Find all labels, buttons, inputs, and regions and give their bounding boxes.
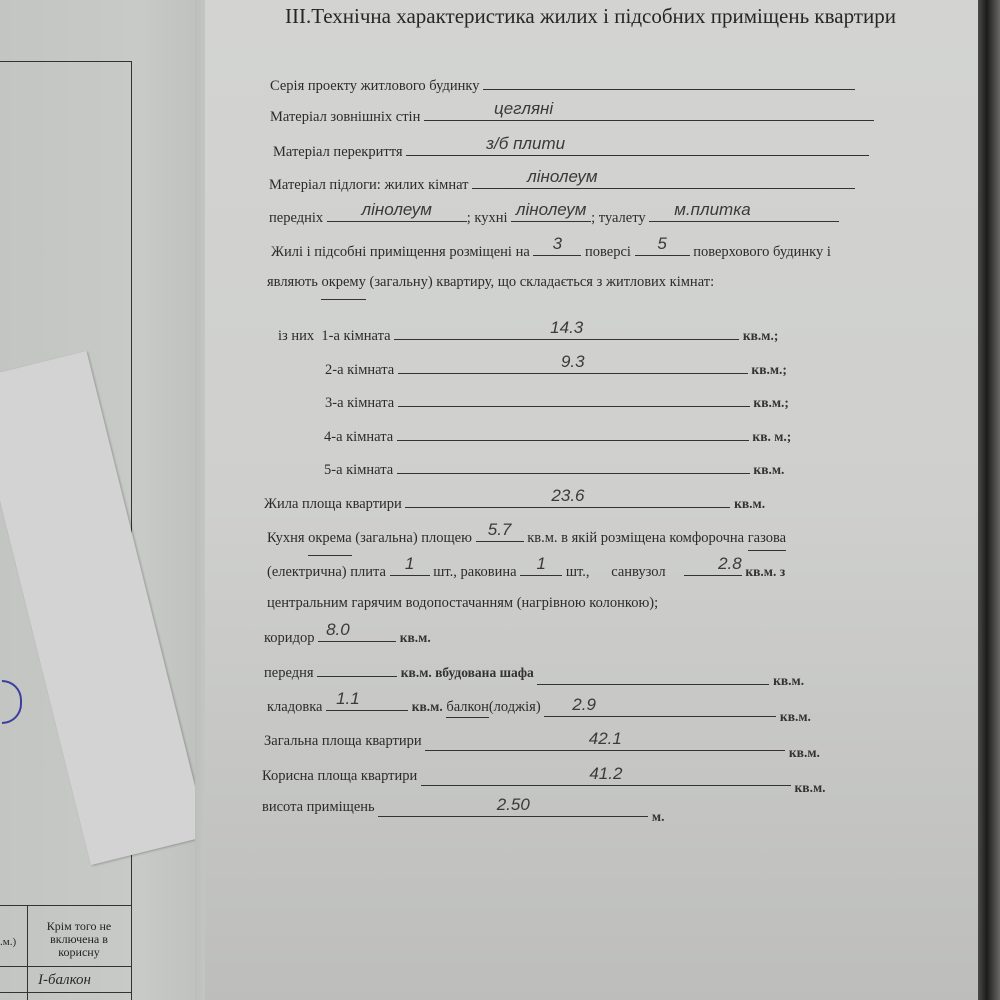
field-value: 8.0 — [326, 620, 396, 640]
floor-kitchen-input[interactable]: лінолеум — [511, 207, 591, 222]
field-value: 42.1 — [425, 729, 785, 749]
field-label: 4-а кімната — [324, 429, 393, 445]
floor-hall-input[interactable]: лінолеум — [327, 207, 467, 222]
field-label: Кухня — [267, 530, 305, 546]
field-value: 1 — [520, 554, 562, 574]
field-hallway-wardrobe: передня кв.м. вбудована шафа кв.м. — [264, 662, 804, 682]
field-label: (загальна) площею — [355, 530, 472, 546]
total-area-input[interactable]: 42.1 — [425, 736, 785, 751]
unit-label: кв.м. — [780, 709, 811, 724]
field-stove-sink: (електрична) плита 1 шт., раковина 1 шт.… — [267, 561, 785, 581]
field-total-area: Загальна площа квартири 42.1 кв.м. — [264, 730, 820, 750]
field-apartment-type: являють окрему (загальну) квартиру, що с… — [267, 274, 714, 300]
field-value: 23.6 — [405, 486, 730, 506]
field-value: 14.3 — [394, 318, 739, 338]
apartment-type-option-selected[interactable]: окрему — [321, 274, 365, 300]
stove-count-input[interactable]: 1 — [390, 561, 430, 576]
room-row-3: 3-а кімната кв.м.; — [325, 392, 789, 412]
field-label: (загальну) квартиру, що складається з жи… — [369, 274, 714, 290]
field-corridor: коридор 8.0 кв.м. — [264, 627, 431, 647]
unit-label: кв.м. — [734, 496, 765, 511]
table-partial-header: .м.) — [0, 936, 16, 948]
building-floors-input[interactable]: 5 — [635, 241, 690, 256]
field-label: шт., — [566, 564, 590, 580]
field-label: Матеріал перекриття — [273, 144, 403, 160]
field-label: ; кухні — [467, 210, 508, 226]
unit-label: м. — [652, 809, 665, 824]
field-living-area: Жила площа квартири 23.6 кв.м. — [264, 493, 765, 513]
room-row-1: із них 1-а кімната 14.3 кв.м.; — [278, 325, 778, 345]
unit-label: кв.м. з — [745, 564, 785, 579]
unit-label: кв.м. — [412, 699, 443, 714]
field-label: поверхового будинку і — [693, 244, 831, 260]
field-value: з/б плити — [486, 134, 869, 154]
field-value: цегляні — [494, 99, 874, 119]
field-label: шт., раковина — [433, 564, 516, 580]
pantry-area-input[interactable]: 1.1 — [326, 696, 408, 711]
field-hot-water: центральним гарячим водопостачанням (наг… — [267, 595, 658, 612]
living-area-input[interactable]: 23.6 — [405, 493, 730, 508]
left-page-table: .м.) Крім того не включена в корисну І-б… — [0, 905, 131, 1000]
wardrobe-area-input[interactable] — [537, 670, 769, 685]
room-row-2: 2-а кімната 9.3 кв.м.; — [325, 359, 787, 379]
field-label: Матеріал підлоги: жилих кімнат — [269, 177, 469, 193]
field-location: Жилі і підсобні приміщення розміщені на … — [271, 241, 831, 261]
field-value: 41.2 — [421, 764, 791, 784]
field-floor-living: Матеріал підлоги: жилих кімнат лінолеум — [269, 174, 855, 194]
field-label: Загальна площа квартири — [264, 733, 422, 749]
field-label: Серія проекту житлового будинку — [270, 78, 479, 94]
unit-label: кв.м. — [789, 745, 820, 760]
unit-label: кв.м. — [753, 462, 784, 477]
field-value: 2.8 — [684, 554, 742, 574]
useful-area-input[interactable]: 41.2 — [421, 771, 791, 786]
room-2-area-input[interactable]: 9.3 — [398, 359, 748, 374]
unit-label: кв.м. — [773, 673, 804, 688]
room-1-area-input[interactable]: 14.3 — [394, 325, 739, 340]
field-value: 9.3 — [398, 352, 748, 372]
sink-count-input[interactable]: 1 — [520, 561, 562, 576]
field-project-series: Серія проекту житлового будинку — [270, 75, 855, 95]
floors-material-input[interactable]: з/б плити — [406, 141, 869, 156]
field-label: 3-а кімната — [325, 395, 394, 411]
stove-type-option-selected[interactable]: газова — [748, 530, 786, 551]
floor-toilet-input[interactable]: м.плитка — [649, 207, 839, 222]
field-label: центральним гарячим водопостачанням (наг… — [267, 595, 658, 611]
kitchen-type-option-selected[interactable]: окрема — [308, 530, 352, 556]
field-useful-area: Корисна площа квартири 41.2 кв.м. — [262, 765, 826, 785]
page-edge-shadow — [978, 0, 1000, 1000]
field-label: Жилі і підсобні приміщення розміщені на — [271, 244, 530, 260]
field-value: 1 — [390, 554, 430, 574]
kitchen-area-input[interactable]: 5.7 — [476, 527, 524, 542]
field-label: коридор — [264, 630, 314, 646]
field-value: 1.1 — [336, 689, 408, 709]
table-column-header: Крім того не включена в корисну — [30, 920, 128, 959]
field-label: кв.м. в якій розміщена комфорочна — [527, 530, 744, 546]
unit-label: кв.м.; — [753, 395, 789, 410]
table-column-divider — [27, 906, 28, 1000]
table-cell-balcony: І-балкон — [38, 972, 91, 989]
field-label: (електрична) плита — [267, 564, 386, 580]
bathroom-area-input[interactable]: 2.8 — [684, 561, 742, 576]
field-label: поверсі — [585, 244, 631, 260]
field-label: 5-а кімната — [324, 462, 393, 478]
unit-label: кв.м. вбудована шафа — [401, 665, 534, 680]
room-5-area-input[interactable] — [397, 459, 750, 474]
field-value: лінолеум — [327, 200, 467, 220]
floor-living-input[interactable]: лінолеум — [472, 174, 855, 189]
field-pantry-balcony: кладовка 1.1 кв.м. балкон(лоджія) 2.9 кв… — [267, 696, 811, 716]
field-value: 5 — [635, 234, 690, 254]
field-label: висота приміщень — [262, 799, 375, 815]
field-value: 2.50 — [378, 795, 648, 815]
table-row-divider — [0, 966, 131, 967]
room-4-area-input[interactable] — [397, 426, 749, 441]
field-label: кладовка — [267, 699, 322, 715]
room-row-5: 5-а кімната кв.м. — [324, 459, 784, 479]
field-label: 2-а кімната — [325, 362, 394, 378]
unit-label: кв.м. — [400, 630, 431, 645]
floor-number-input[interactable]: 3 — [533, 241, 581, 256]
corridor-area-input[interactable]: 8.0 — [318, 627, 396, 642]
balcony-area-input[interactable]: 2.9 — [544, 702, 776, 717]
field-label: являють — [267, 274, 318, 290]
unit-label: кв. м.; — [752, 429, 791, 444]
field-value: м.плитка — [674, 200, 839, 220]
field-kitchen: Кухня окрема (загальна) площею 5.7 кв.м.… — [267, 527, 786, 556]
field-label: із них — [278, 328, 314, 344]
room-row-4: 4-а кімната кв. м.; — [324, 426, 791, 446]
field-label: Корисна площа квартири — [262, 768, 417, 784]
field-value: лінолеум — [527, 167, 855, 187]
field-exterior-walls: Матеріал зовнішніх стін цегляні — [270, 106, 874, 126]
field-label: Матеріал зовнішніх стін — [270, 109, 420, 125]
table-row-divider — [0, 992, 131, 993]
ceiling-height-input[interactable]: 2.50 — [378, 802, 648, 817]
field-floor-rooms: передніх лінолеум; кухні лінолеум; туале… — [269, 207, 839, 227]
field-ceiling-height: висота приміщень 2.50 м. — [262, 796, 664, 816]
hallway-area-input[interactable] — [317, 662, 397, 677]
exterior-walls-input[interactable]: цегляні — [424, 106, 874, 121]
field-label: передня — [264, 665, 314, 681]
field-floors-material: Матеріал перекриття з/б плити — [273, 141, 869, 161]
unit-label: кв.м.; — [751, 362, 787, 377]
field-label: санвузол — [611, 564, 665, 580]
unit-label: кв.м.; — [743, 328, 779, 343]
field-label: (лоджія) — [489, 699, 541, 715]
unit-label: кв.м. — [795, 780, 826, 795]
project-series-input[interactable] — [483, 75, 855, 90]
room-3-area-input[interactable] — [398, 392, 750, 407]
field-label: 1-а кімната — [321, 328, 390, 344]
balcony-option-selected[interactable]: балкон — [446, 699, 489, 718]
left-page: .м.) Крім того не включена в корисну І-б… — [0, 0, 200, 1000]
field-label: ; туалету — [591, 210, 646, 226]
field-value: лінолеум — [511, 200, 591, 220]
field-value: 3 — [533, 234, 581, 254]
field-label: Жила площа квартири — [264, 496, 402, 512]
field-value: 2.9 — [572, 695, 776, 715]
section-title: III.Технічна характеристика жилих і підс… — [285, 4, 896, 29]
field-value: 5.7 — [476, 520, 524, 540]
field-label: передніх — [269, 210, 323, 226]
